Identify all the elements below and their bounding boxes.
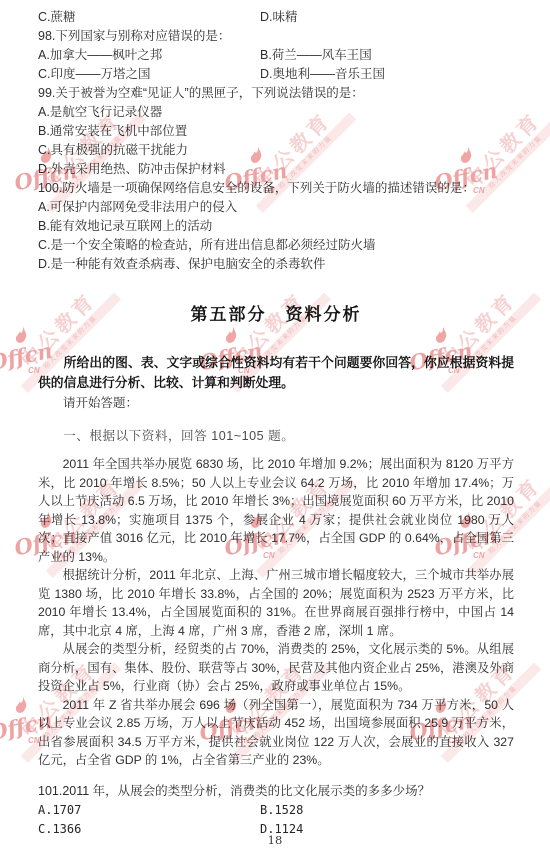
option-99-b: B.通常安装在飞机中部位置 [38,122,514,141]
material-paragraph-3: 从展会的类型分析，经贸类的占 70%，消费类的 25%，文化展示类的 5%。从组… [38,640,514,696]
question-99-stem: 99.关于被誉为空难“见证人”的黑匣子，下列说法错误的是： [38,84,514,103]
material-heading: 一、根据以下资料，回答 101~105 题。 [38,426,514,446]
option-99-c: C.具有极强的抗磁干扰能力 [38,141,514,160]
material-passage: 2011 年全国共举办展览 6830 场，比 2010 年增加 9.2%；展出面… [38,455,514,770]
start-prompt: 请开始答题： [38,393,514,413]
question-101-stem: 101.2011 年，从展会的类型分析，消费类的比文化展示类的多多少场？ [38,782,514,801]
option-99-d: D.外壳采用绝热、防冲击保护材料 [38,160,514,179]
material-paragraph-1: 2011 年全国共举办展览 6830 场，比 2010 年增加 9.2%；展出面… [38,455,514,566]
question-97-options-row: C.蔗糖 D.味精 [38,8,514,27]
material-paragraph-2: 根据统计分析，2011 年北京、上海、广州三城市增长幅度较大，三个城市共举办展览… [38,566,514,640]
option-98-d: D.奥地利——音乐王国 [260,65,514,84]
option-97-d: D.味精 [260,8,514,27]
question-98-options-row-1: A.加拿大——枫叶之邦 B.荷兰——风车王国 [38,46,514,65]
exam-document-page: 中公教育给人改变未来的力量OffcnCN 中公教育给人改变未来的力量OffcnC… [0,0,550,858]
option-101-b: B.1528 [260,801,514,821]
option-100-b: B.能有效地记录互联网上的活动 [38,217,514,236]
option-100-c: C.是一个安全策略的检查站，所有进出信息都必须经过防火墙 [38,236,514,255]
option-99-a: A.是航空飞行记录仪器 [38,103,514,122]
option-101-a: A.1707 [38,801,260,821]
question-101-options-row-1: A.1707 B.1528 [38,801,514,821]
option-98-c: C.印度——万塔之国 [38,65,260,84]
material-paragraph-4: 2011 年 Z 省共举办展会 696 场（列全国第一），展览面积为 734 万… [38,696,514,770]
section-instructions: 所给出的图、表、文字或综合性资料均有若干个问题要你回答，你应根据资料提供的信息进… [38,353,514,393]
question-98-stem: 98.下列国家与别称对应错误的是： [38,27,514,46]
page-number: 18 [0,833,550,847]
option-98-b: B.荷兰——风车王国 [260,46,514,65]
question-98-options-row-2: C.印度——万塔之国 D.奥地利——音乐王国 [38,65,514,84]
section-title: 第五部分 资料分析 [38,304,514,326]
option-100-d: D.是一种能有效查杀病毒、保护电脑安全的杀毒软件 [38,255,514,274]
question-100-stem: 100.防火墙是一项确保网络信息安全的设备，下列关于防火墙的描述错误的是： [38,179,514,198]
option-98-a: A.加拿大——枫叶之邦 [38,46,260,65]
option-100-a: A.可保护内部网免受非法用户的侵入 [38,198,514,217]
option-97-c: C.蔗糖 [38,8,260,27]
document-content: C.蔗糖 D.味精 98.下列国家与别称对应错误的是： A.加拿大——枫叶之邦 … [38,8,514,840]
